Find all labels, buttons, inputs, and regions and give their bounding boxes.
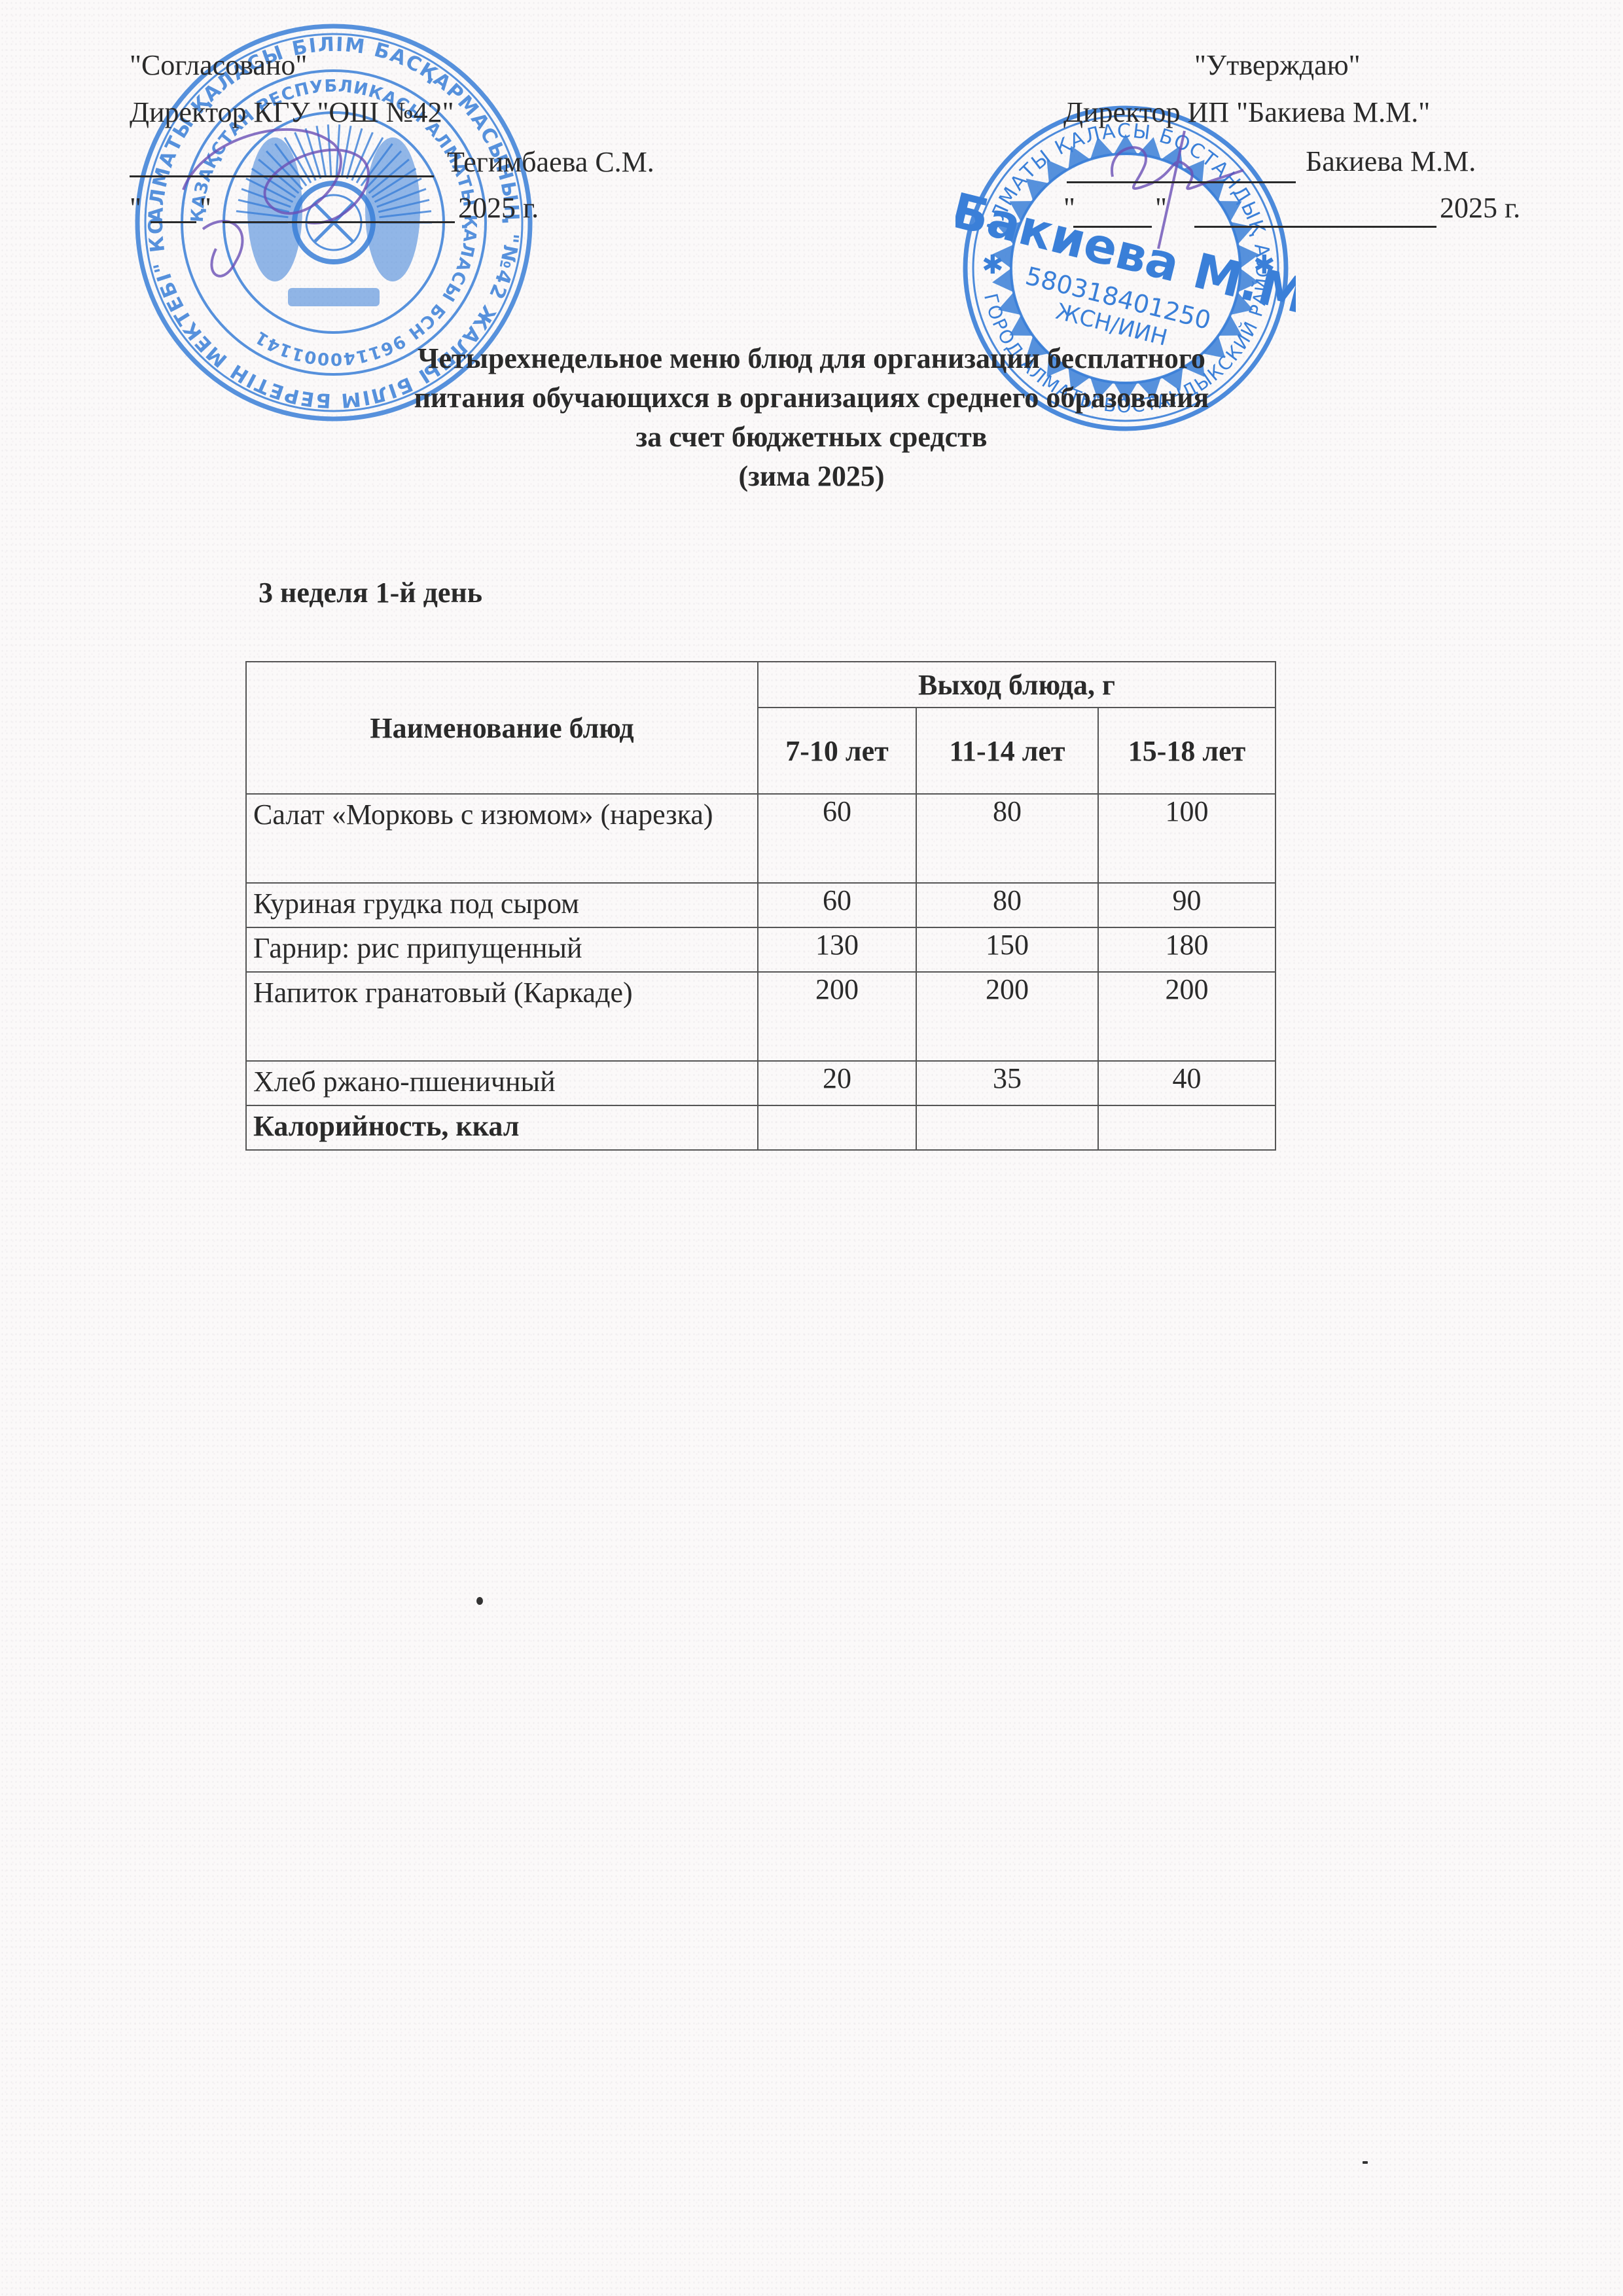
approval-left-month-line — [223, 221, 455, 223]
yield-7-10: 60 — [758, 794, 916, 883]
approval-right-year: 2025 г. — [1440, 194, 1520, 223]
header-yield: Выход блюда, г — [758, 662, 1275, 708]
table-header-row: Наименование блюд Выход блюда, г — [246, 662, 1275, 708]
approval-right-position: Директор ИП "Бакиева М.М." — [1063, 98, 1430, 127]
scan-speck — [476, 1597, 483, 1605]
approval-left-position: Директор КГУ "ОШ №42" — [130, 98, 454, 127]
approval-left-day-line — [151, 221, 196, 223]
table-total-row: Калорийность, ккал — [246, 1105, 1275, 1150]
menu-table: Наименование блюд Выход блюда, г 7-10 ле… — [245, 661, 1276, 1151]
title-line-1: Четырехнедельное меню блюд для организац… — [196, 339, 1427, 378]
title-line-3: за счет бюджетных средств — [196, 418, 1427, 457]
approval-left-label: "Согласовано" — [130, 51, 307, 80]
header-age-7-10: 7-10 лет — [758, 708, 916, 794]
yield-11-14: 35 — [916, 1061, 1098, 1105]
table-row: Куриная грудка под сыром 60 80 90 — [246, 883, 1275, 927]
approval-left-name: Тегимбаева С.М. — [447, 148, 654, 177]
dish-name: Гарнир: рис припущенный — [246, 927, 758, 972]
calories-15-18 — [1098, 1105, 1275, 1150]
document-title: Четырехнедельное меню блюд для организац… — [196, 339, 1427, 496]
calories-label: Калорийность, ккал — [246, 1105, 758, 1150]
dish-name: Куриная грудка под сыром — [246, 883, 758, 927]
calories-11-14 — [916, 1105, 1098, 1150]
stamp-right-name: Бакиева М.М — [955, 183, 1296, 325]
table-row: Гарнир: рис припущенный 130 150 180 — [246, 927, 1275, 972]
approval-right-month-line — [1194, 226, 1436, 228]
yield-11-14: 80 — [916, 794, 1098, 883]
yield-15-18: 200 — [1098, 972, 1275, 1061]
yield-11-14: 150 — [916, 927, 1098, 972]
title-line-2: питания обучающихся в организациях средн… — [196, 378, 1427, 418]
yield-15-18: 90 — [1098, 883, 1275, 927]
scan-speck — [1363, 2161, 1368, 2164]
approval-right-day-line — [1073, 226, 1152, 228]
stamp-star-icon: ✱ — [1253, 250, 1275, 280]
signature-right — [1112, 131, 1243, 249]
header-dish-name: Наименование блюд — [246, 662, 758, 794]
approval-left-date-open-quote: " — [130, 194, 141, 223]
title-line-4: (зима 2025) — [196, 457, 1427, 496]
approval-right-date-open-quote: " — [1063, 194, 1075, 223]
approval-right-signature-line — [1067, 181, 1296, 183]
yield-7-10: 200 — [758, 972, 916, 1061]
yield-7-10: 130 — [758, 927, 916, 972]
stamp-star-icon: ✱ — [982, 250, 1004, 280]
approval-right-date-close-quote: " — [1155, 194, 1167, 223]
yield-15-18: 180 — [1098, 927, 1275, 972]
stamp-right-id: 580318401250 — [1023, 261, 1214, 335]
approval-right-name: Бакиева М.М. — [1306, 147, 1476, 176]
table-row: Хлеб ржано-пшеничный 20 35 40 — [246, 1061, 1275, 1105]
table-row: Салат «Морковь с изюмом» (нарезка) 60 80… — [246, 794, 1275, 883]
header-age-15-18: 15-18 лет — [1098, 708, 1275, 794]
approval-left-signature-line — [130, 175, 434, 177]
yield-15-18: 40 — [1098, 1061, 1275, 1105]
dish-name: Хлеб ржано-пшеничный — [246, 1061, 758, 1105]
yield-11-14: 200 — [916, 972, 1098, 1061]
approval-right-label: "Утверждаю" — [1194, 51, 1361, 80]
yield-15-18: 100 — [1098, 794, 1275, 883]
week-day-label: 3 неделя 1-й день — [259, 576, 482, 609]
approval-left-date-close-quote: " — [200, 194, 211, 223]
table-row: Напиток гранатовый (Каркаде) 200 200 200 — [246, 972, 1275, 1061]
yield-7-10: 20 — [758, 1061, 916, 1105]
approval-left-year: 2025 г. — [458, 194, 539, 223]
dish-name: Напиток гранатовый (Каркаде) — [246, 972, 758, 1061]
yield-7-10: 60 — [758, 883, 916, 927]
yield-11-14: 80 — [916, 883, 1098, 927]
header-age-11-14: 11-14 лет — [916, 708, 1098, 794]
calories-7-10 — [758, 1105, 916, 1150]
dish-name: Салат «Морковь с изюмом» (нарезка) — [246, 794, 758, 883]
